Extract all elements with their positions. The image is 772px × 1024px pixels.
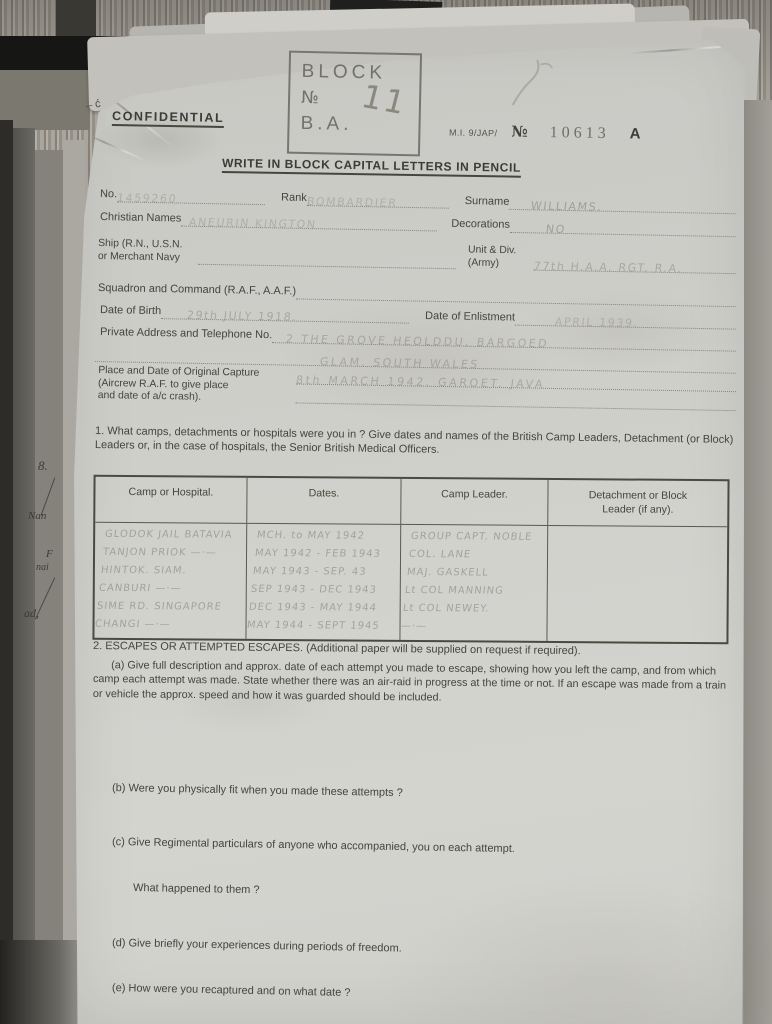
squadron-label: Squadron and Command (R.A.F., A.A.F.): [98, 282, 296, 299]
ref-serial-number: 10613: [550, 124, 610, 143]
no-label: No.: [100, 188, 117, 202]
dob-value: 29th JULY 1918.: [186, 309, 298, 324]
capture-field-continued: [296, 387, 736, 411]
form-row: Ship (R.N., U.S.N.or Merchant Navy Unit …: [98, 237, 736, 274]
detachment-column-entries: [547, 525, 727, 641]
ship-label: Ship (R.N., U.S.N.or Merchant Navy: [98, 237, 198, 265]
decorations-field: NO: [510, 217, 736, 237]
column-header-leader: Camp Leader.: [401, 479, 548, 526]
question-2d: (d) Give briefly your experiences during…: [112, 937, 402, 955]
question-2e: (e) How were you recaptured and on what …: [112, 982, 351, 999]
decorations-value: NO: [545, 223, 567, 236]
confidential-heading: CONFIDENTIAL: [112, 109, 225, 128]
ship-field: [198, 249, 456, 270]
question-2c: (c) Give Regimental particulars of anyon…: [112, 836, 515, 855]
pencil-squiggle: [482, 47, 560, 116]
dob-field: 29th JULY 1918.: [161, 303, 409, 324]
decorations-label: Decorations: [451, 218, 510, 233]
camp-column-entries: GLODOK JAIL BATAVIA TANJON PRIOK —·— HIN…: [94, 522, 247, 638]
surname-label: Surname: [465, 195, 510, 210]
camps-table: Camp or Hospital. Dates. Camp Leader. De…: [92, 475, 729, 644]
christian-names-value: ANEURIN KINGTON: [188, 216, 317, 231]
christian-names-label: Christian Names: [100, 211, 182, 226]
no-value: 1459260: [116, 191, 178, 205]
leader-column-entries: GROUP CAPT. NOBLE COL. LANE MAJ. GASKELL…: [400, 524, 548, 640]
handwritten-block-number: 11: [358, 77, 411, 122]
rank-value: BOMBARDIER: [306, 195, 398, 210]
capture-label: Place and Date of Original Capture (Airc…: [98, 365, 297, 406]
christian-names-field: ANEURIN KINGTON: [181, 211, 437, 232]
leaders-handwriting: GROUP CAPT. NOBLE COL. LANE MAJ. GASKELL…: [400, 528, 533, 637]
ref-no-label: №: [511, 122, 528, 140]
question-2c-followup: What happened to them ?: [133, 882, 260, 896]
block-number-stamp: BLOCK № B.A. 11: [287, 51, 422, 157]
surname-value: WILLIAMS.: [530, 199, 603, 213]
form-content: – ć CONFIDENTIAL BLOCK № B.A. 11 M.I. 9/…: [0, 0, 772, 1024]
detachment-handwriting: [548, 529, 558, 619]
pencil-corner-mark: – ć: [85, 98, 102, 112]
rank-label: Rank: [281, 192, 307, 206]
dates-column-entries: MCH. to MAY 1942 MAY 1942 - FEB 1943 MAY…: [246, 523, 401, 639]
photo-scene: 8. Nan F nai ad, – ć CONFIDENTIAL BLOCK …: [0, 0, 772, 1024]
ref-prefix: M.I. 9/JAP/: [449, 127, 498, 138]
address-value-line1: 2 THE GROVE HEOLDDU, BARGOED: [285, 332, 550, 350]
no-field: 1459260: [117, 186, 265, 205]
squadron-field: [296, 283, 736, 307]
question-2b: (b) Were you physically fit when you mad…: [112, 782, 403, 799]
unit-div-label: Unit & Div.(Army): [468, 243, 534, 270]
camp-names-handwriting: GLODOK JAIL BATAVIA TANJON PRIOK —·— HIN…: [94, 525, 234, 634]
question-2a: (a) Give full description and approx. da…: [93, 658, 737, 708]
ref-suffix-letter: A: [630, 125, 641, 142]
dob-label: Date of Birth: [100, 304, 161, 319]
form-row: Christian Names ANEURIN KINGTON Decorati…: [100, 209, 736, 237]
reference-number-line: M.I. 9/JAP/ № 10613 A: [449, 121, 641, 143]
enlistment-value: APRIL 1939.: [554, 315, 639, 330]
enlistment-field: APRIL 1939.: [515, 310, 736, 330]
column-header-camp: Camp or Hospital.: [95, 477, 247, 524]
rank-field: BOMBARDIER: [307, 190, 449, 209]
address-label: Private Address and Telephone No.: [100, 326, 272, 343]
question-1: 1. What camps, detachments or hospitals …: [95, 424, 735, 462]
unit-div-field: 77th H.A.A. RGT. R.A.: [534, 255, 736, 275]
dates-handwriting: MCH. to MAY 1942 MAY 1942 - FEB 1943 MAY…: [246, 526, 391, 635]
column-header-detachment: Detachment or Block Leader (if any).: [548, 480, 727, 527]
capture-field-group: 8th MARCH 1942. GAROET. JAVA: [296, 368, 737, 411]
enlistment-label: Date of Enlistment: [425, 310, 515, 325]
column-header-dates: Dates.: [247, 478, 401, 525]
surname-field: WILLIAMS.: [509, 194, 736, 214]
block-capitals-instruction: WRITE IN BLOCK CAPITAL LETTERS IN PENCIL: [222, 156, 521, 178]
form-row: Place and Date of Original Capture (Airc…: [98, 365, 737, 414]
unit-div-value: 77th H.A.A. RGT. R.A.: [533, 260, 683, 276]
address-field: 2 THE GROVE HEOLDDU, BARGOED: [272, 327, 736, 351]
